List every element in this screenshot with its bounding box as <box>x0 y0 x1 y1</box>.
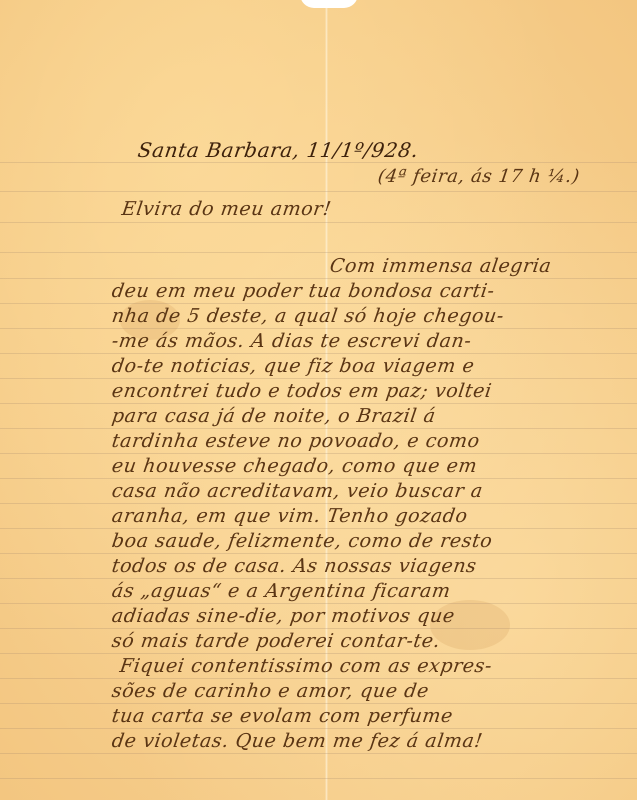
body-line: adiadas sine-die, por motivos que <box>110 605 456 627</box>
ruled-line <box>0 353 637 354</box>
ruled-line <box>0 328 637 329</box>
ruled-line <box>0 428 637 429</box>
ruled-line <box>0 378 637 379</box>
body-line: do-te noticias, que fiz boa viagem e <box>110 355 476 377</box>
ruled-line <box>0 191 637 192</box>
body-line: aranha, em que vim. Tenho gozado <box>110 505 469 527</box>
letter-place-date: Santa Barbara, 11/1º/928. <box>136 138 420 162</box>
ruled-line <box>0 453 637 454</box>
ruled-line <box>0 578 637 579</box>
body-line: casa não acreditavam, veio buscar a <box>110 480 484 502</box>
ruled-line <box>0 403 637 404</box>
body-line: tardinha esteve no povoado, e como <box>110 430 481 452</box>
ruled-line <box>0 303 637 304</box>
body-line: nha de 5 deste, a qual só hoje chegou- <box>110 305 505 327</box>
letter-page: Santa Barbara, 11/1º/928. (4ª feira, ás … <box>0 0 637 800</box>
body-line: tua carta se evolam com perfume <box>110 705 454 727</box>
body-line: sões de carinho e amor, que de <box>110 680 430 702</box>
body-line: eu houvesse chegado, como que em <box>110 455 478 477</box>
body-line: deu em meu poder tua bondosa carti- <box>110 280 496 302</box>
ruled-line <box>0 753 637 754</box>
body-line: Com immensa alegria <box>328 255 553 277</box>
ruled-line <box>0 678 637 679</box>
ruled-line <box>0 703 637 704</box>
body-line: encontrei tudo e todos em paz; voltei <box>110 380 493 402</box>
ruled-line <box>0 653 637 654</box>
body-line: Fiquei contentissimo com as expres- <box>118 655 493 677</box>
ruled-line <box>0 603 637 604</box>
body-line: -me ás mãos. A dias te escrevi dan- <box>110 330 473 352</box>
ruled-line <box>0 628 637 629</box>
ruled-line <box>0 553 637 554</box>
ruled-line <box>0 162 637 163</box>
ruled-line <box>0 252 637 253</box>
ruled-line <box>0 503 637 504</box>
ruled-line <box>0 528 637 529</box>
paper-torn-notch <box>300 0 358 8</box>
ruled-line <box>0 728 637 729</box>
body-line: todos os de casa. As nossas viagens <box>110 555 478 577</box>
body-line: só mais tarde poderei contar-te. <box>110 630 441 652</box>
body-line: boa saude, felizmente, como de resto <box>110 530 494 552</box>
letter-salutation: Elvira do meu amor! <box>120 198 332 220</box>
body-line: para casa já de noite, o Brazil á <box>110 405 437 427</box>
ruled-line <box>0 778 637 779</box>
letter-day-time: (4ª feira, ás 17 h ¼.) <box>377 166 582 187</box>
ruled-line <box>0 222 637 223</box>
body-line: ás „aguas“ e a Argentina ficaram <box>110 580 452 602</box>
body-line: de violetas. Que bem me fez á alma! <box>110 730 484 752</box>
ruled-line <box>0 478 637 479</box>
ruled-line <box>0 278 637 279</box>
